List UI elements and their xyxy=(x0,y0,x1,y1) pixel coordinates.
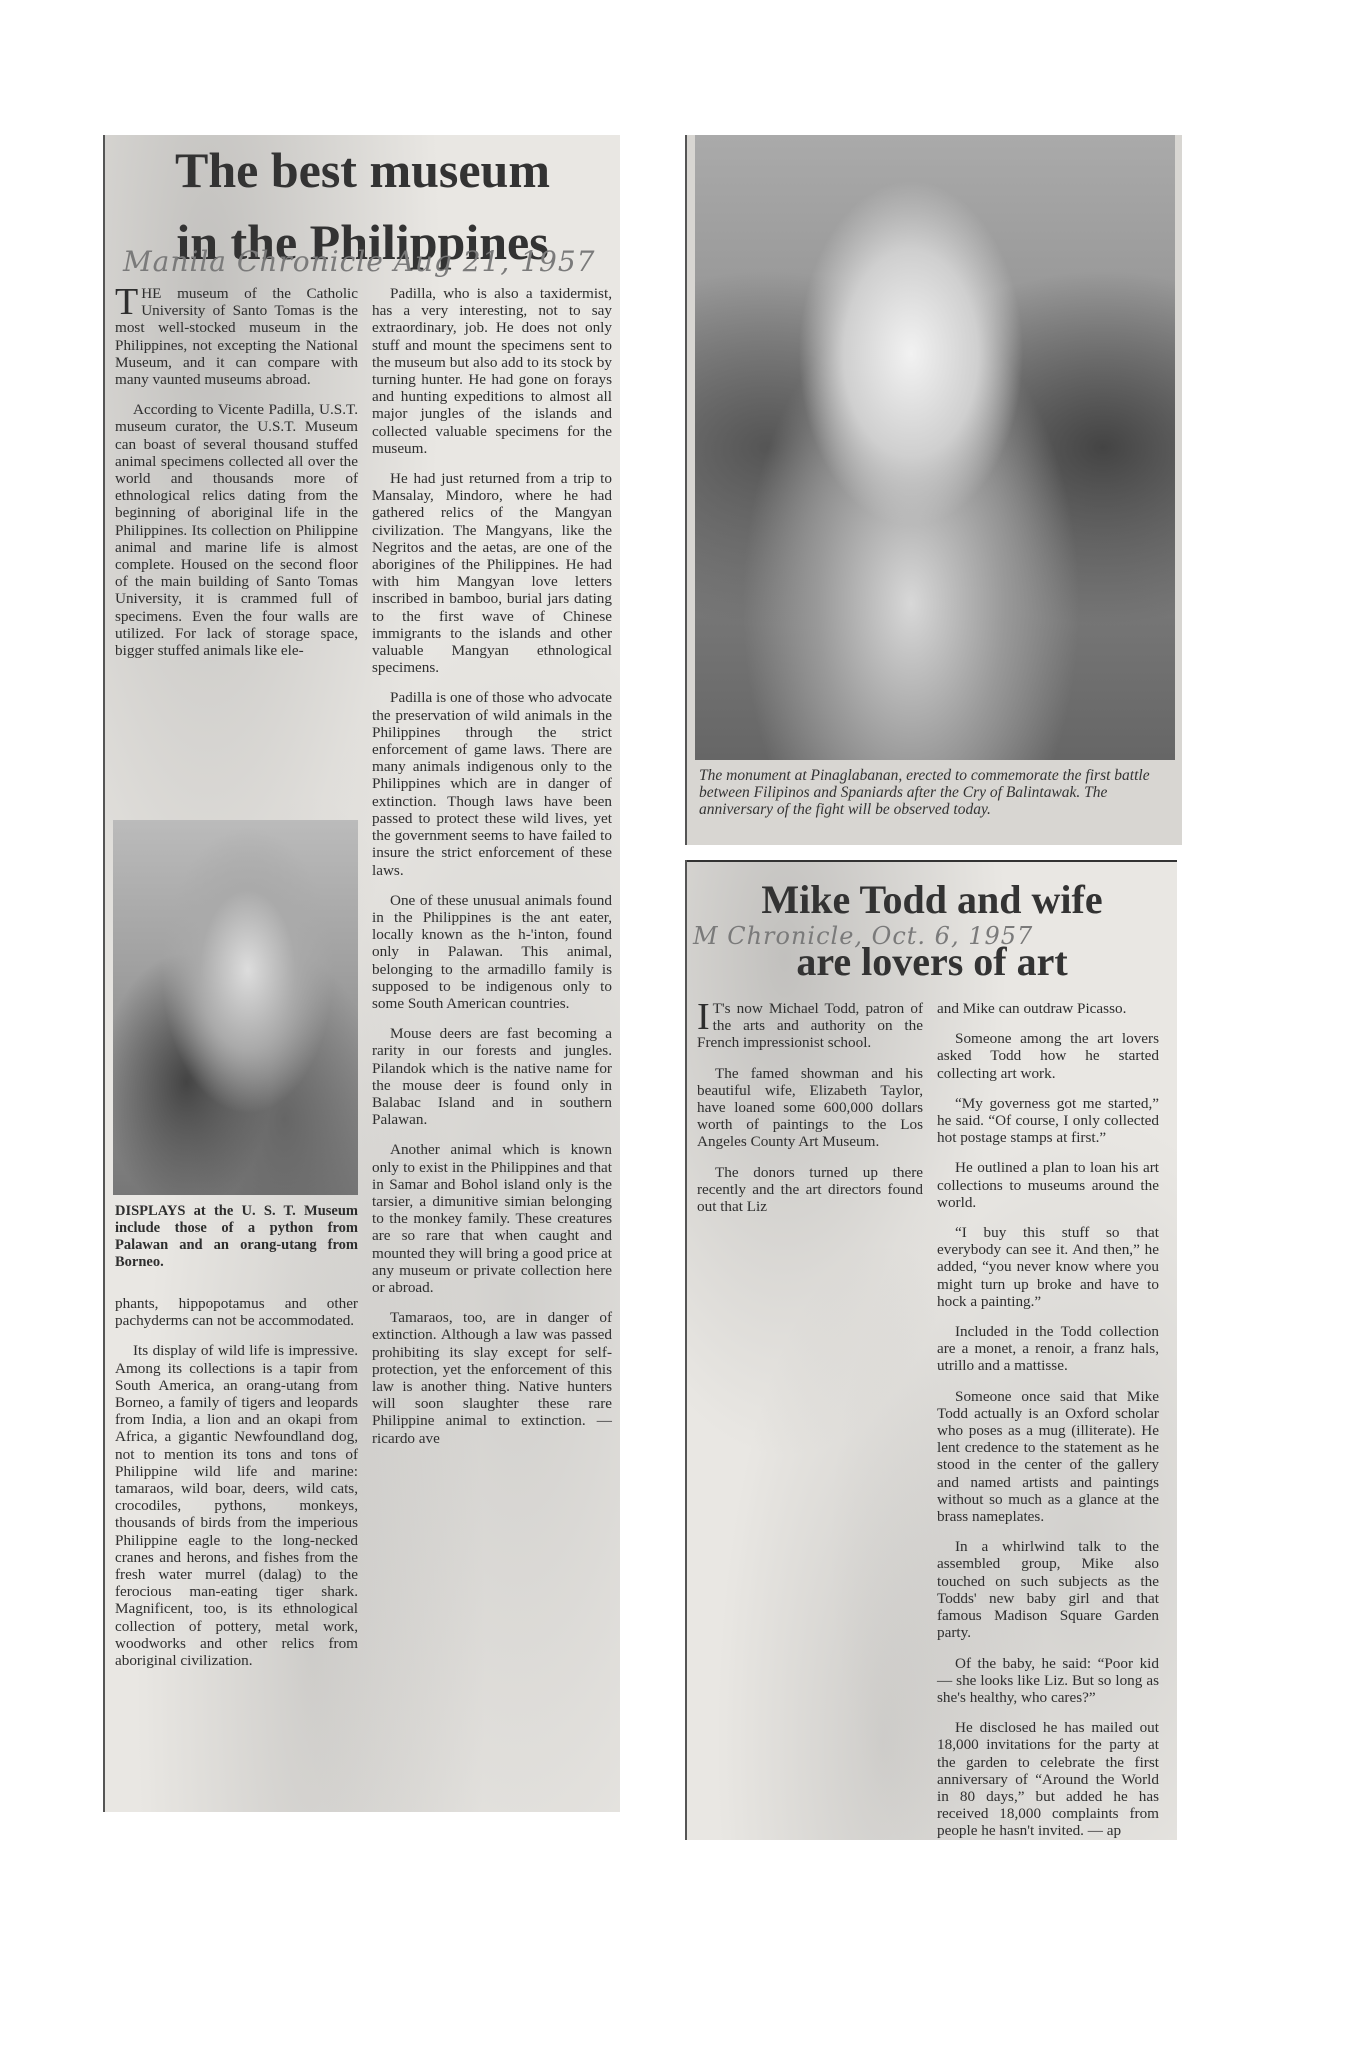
monument-photo xyxy=(695,135,1175,760)
handwritten-source-note: Manila Chronicle Aug 21, 1957 xyxy=(123,245,595,278)
museum-display-photo xyxy=(113,820,358,1195)
paragraph: phants, hippopotamus and other pachyderm… xyxy=(115,1295,358,1329)
clipping-best-museum: The best museum in the Philippines Manil… xyxy=(103,135,620,1812)
paragraph: Someone once said that Mike Todd actuall… xyxy=(937,1388,1159,1526)
paragraph: Another animal which is known only to ex… xyxy=(372,1141,612,1296)
clipping-mike-todd: Mike Todd and wife M Chronicle, Oct. 6, … xyxy=(685,860,1177,1840)
headline-line1: Mike Todd and wife xyxy=(687,860,1177,920)
handwritten-source-note: M Chronicle, Oct. 6, 1957 xyxy=(693,922,1033,950)
paragraph: Of the baby, he said: “Poor kid — she lo… xyxy=(937,1655,1159,1707)
paragraph: IT's now Michael Todd, patron of the art… xyxy=(697,1000,923,1052)
paragraph: The donors turned up there recently and … xyxy=(697,1164,923,1216)
paragraph: Its display of wild life is impressive. … xyxy=(115,1342,358,1669)
article1-column2: Padilla, who is also a taxidermist, has … xyxy=(372,285,612,1460)
divider xyxy=(687,860,1177,862)
paragraph: The famed showman and his beautiful wife… xyxy=(697,1065,923,1151)
paragraph: He had just returned from a trip to Mans… xyxy=(372,470,612,676)
paragraph: According to Vicente Padilla, U.S.T. mus… xyxy=(115,401,358,659)
paragraph: THE museum of the Catholic University of… xyxy=(115,285,358,388)
paragraph: Mouse deers are fast becoming a rarity i… xyxy=(372,1025,612,1128)
paragraph: He disclosed he has mailed out 18,000 in… xyxy=(937,1719,1159,1839)
paragraph: “My governess got me started,” he said. … xyxy=(937,1095,1159,1147)
paragraph: and Mike can outdraw Picasso. xyxy=(937,1000,1159,1017)
paragraph: Included in the Todd collection are a mo… xyxy=(937,1323,1159,1375)
paragraph: Someone among the art lovers asked Todd … xyxy=(937,1030,1159,1082)
paragraph: In a whirlwind talk to the assembled gro… xyxy=(937,1538,1159,1641)
photo-caption: DISPLAYS at the U. S. T. Museum include … xyxy=(115,1203,358,1271)
article2-column2: and Mike can outdraw Picasso. Someone am… xyxy=(937,1000,1159,1853)
paragraph: Padilla is one of those who advocate the… xyxy=(372,689,612,878)
headline-line1: The best museum xyxy=(105,135,620,195)
article1-column1: THE museum of the Catholic University of… xyxy=(115,285,358,672)
paragraph: Tamaraos, too, are in danger of extincti… xyxy=(372,1309,612,1447)
monument-caption: The monument at Pinaglabanan, erected to… xyxy=(699,767,1169,818)
clipping-monument-photo: The monument at Pinaglabanan, erected to… xyxy=(685,135,1182,845)
article2-column1: IT's now Michael Todd, patron of the art… xyxy=(697,1000,923,1228)
paragraph: One of these unusual animals found in th… xyxy=(372,892,612,1012)
paragraph: He outlined a plan to loan his art colle… xyxy=(937,1159,1159,1211)
paragraph: Padilla, who is also a taxidermist, has … xyxy=(372,285,612,457)
paragraph: “I buy this stuff so that everybody can … xyxy=(937,1224,1159,1310)
article1-column1-continued: phants, hippopotamus and other pachyderm… xyxy=(115,1295,358,1682)
